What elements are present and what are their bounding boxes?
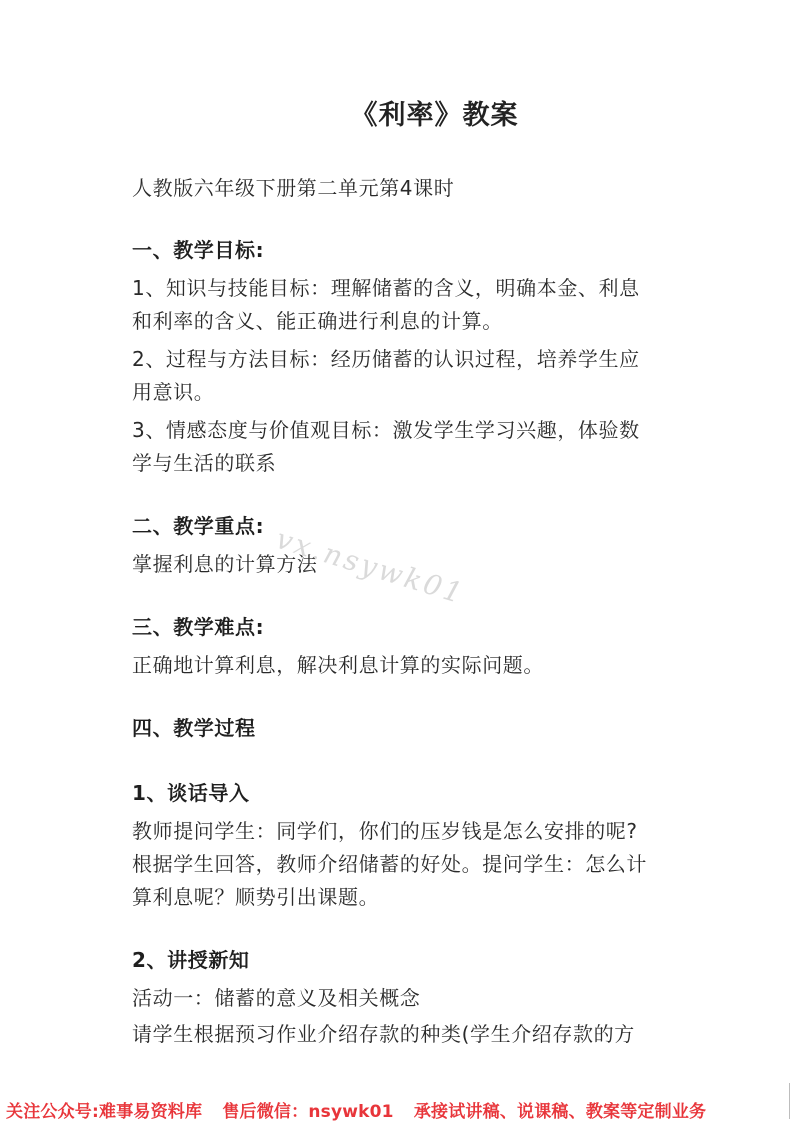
goals-line: 用意识。 xyxy=(132,376,214,405)
footer-account: 关注公众号:难事易资料库 xyxy=(6,1102,202,1122)
section-heading-process: 四、教学过程 xyxy=(132,712,256,741)
process-step-heading: 1、谈话导入 xyxy=(132,777,250,806)
process-step-line: 教师提问学生：同学们，你们的压岁钱是怎么安排的呢? xyxy=(132,815,638,844)
document-title: 《利率》教案 xyxy=(0,93,793,132)
goals-line: 2、过程与方法目标：经历储蓄的认识过程，培养学生应 xyxy=(132,343,640,372)
difficulties-line: 正确地计算利息，解决利息计算的实际问题。 xyxy=(132,649,544,678)
process-step-line: 根据学生回答，教师介绍储蓄的好处。提问学生：怎么计 xyxy=(132,848,647,877)
footer-wechat: 售后微信：nsywk01 xyxy=(222,1102,393,1122)
section-heading-difficulties: 三、教学难点: xyxy=(132,611,264,640)
document-subtitle: 人教版六年级下册第二单元第4课时 xyxy=(132,172,454,201)
process-step-line: 请学生根据预习作业介绍存款的种类(学生介绍存款的方 xyxy=(132,1018,635,1047)
goals-line: 1、知识与技能目标：理解储蓄的含义，明确本金、利息 xyxy=(132,272,640,301)
process-step-line: 活动一：储蓄的意义及相关概念 xyxy=(132,982,420,1011)
goals-line: 和利率的含义、能正确进行利息的计算。 xyxy=(132,305,503,334)
promo-footer: 关注公众号:难事易资料库 售后微信：nsywk01 承接试讲稿、说课稿、教案等定… xyxy=(0,1097,793,1122)
goals-line: 3、情感态度与价值观目标：激发学生学习兴趣，体验数 xyxy=(132,414,640,443)
page-edge-divider xyxy=(789,1083,793,1119)
process-step-line: 算利息呢？顺势引出课题。 xyxy=(132,881,379,910)
process-step-heading: 2、讲授新知 xyxy=(132,944,250,973)
goals-line: 学与生活的联系 xyxy=(132,447,276,476)
document-page: 《利率》教案 人教版六年级下册第二单元第4课时 一、教学目标: 1、知识与技能目… xyxy=(0,0,793,1122)
section-heading-key-points: 二、教学重点: xyxy=(132,510,264,539)
section-heading-goals: 一、教学目标: xyxy=(132,234,264,263)
footer-services: 承接试讲稿、说课稿、教案等定制业务 xyxy=(414,1102,706,1122)
